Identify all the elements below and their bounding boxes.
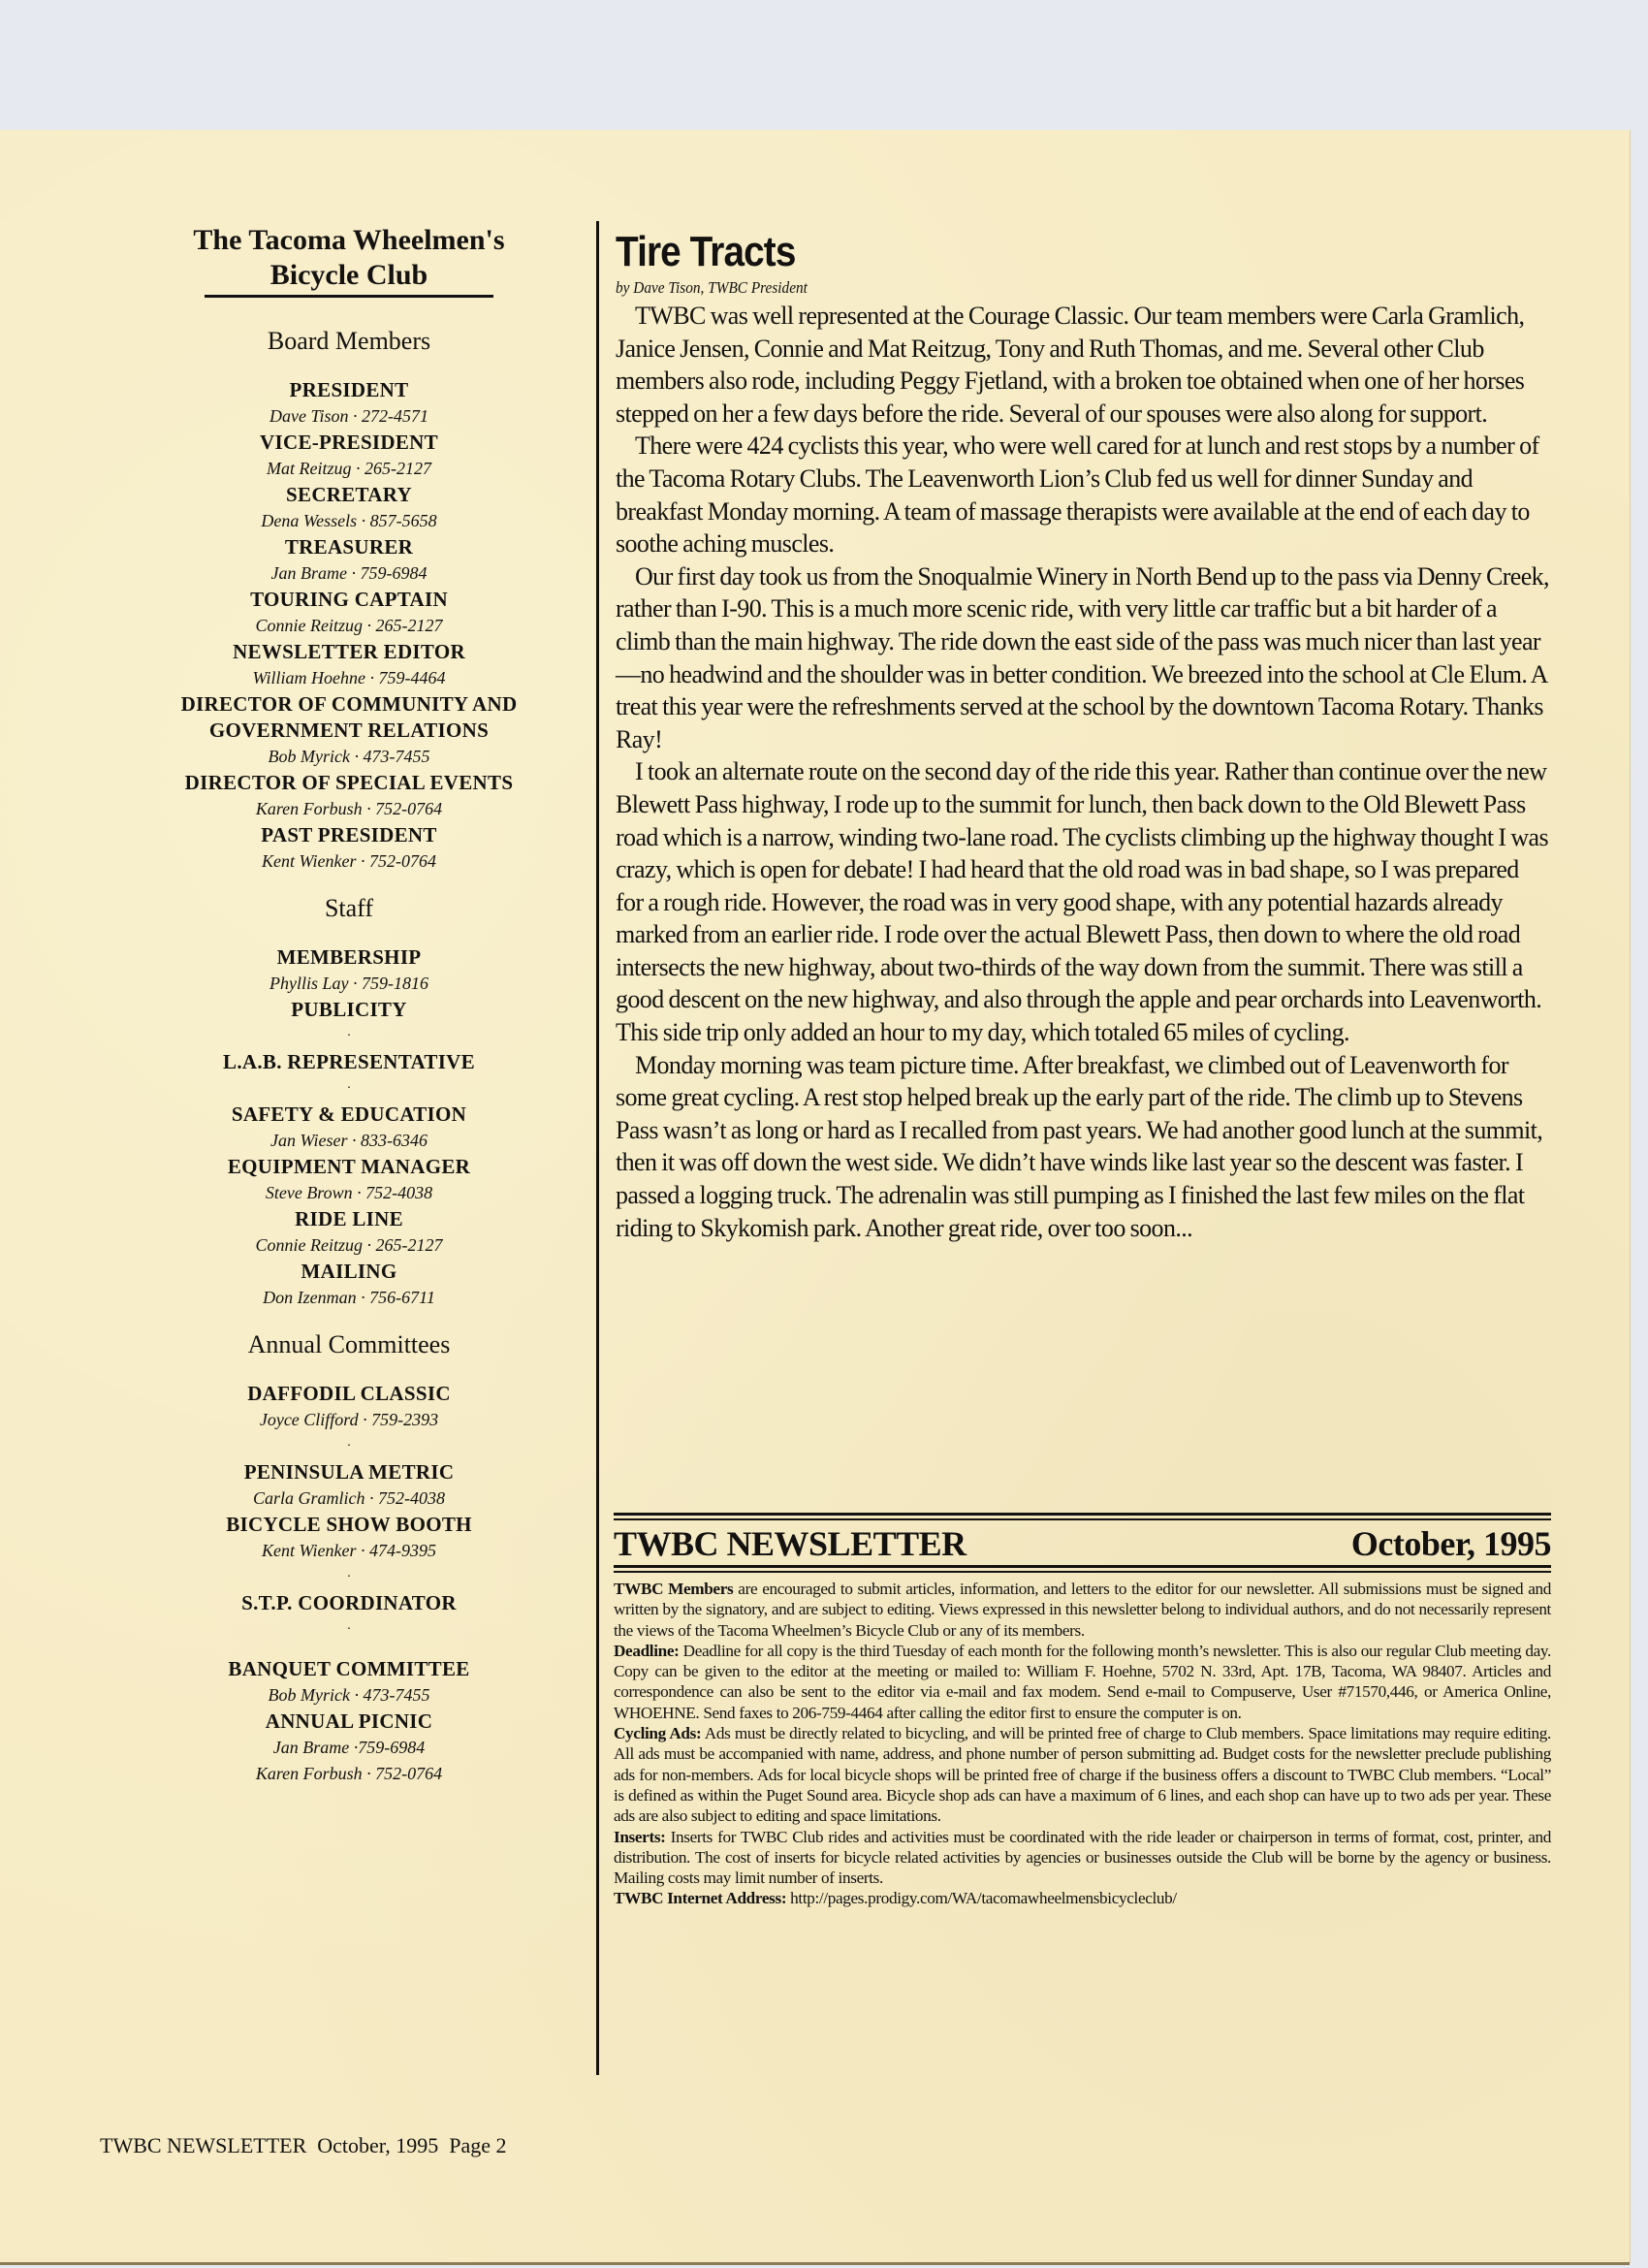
page-edge-shadow: [0, 2262, 1630, 2265]
role-treasurer: TREASURER: [145, 534, 553, 560]
role-newsletter-editor: NEWSLETTER EDITOR: [145, 639, 553, 665]
role-equipment-manager: EQUIPMENT MANAGER: [145, 1154, 553, 1180]
person-safety-education: Jan Wieser · 833-6346: [145, 1128, 553, 1154]
club-directory-sidebar: The Tacoma Wheelmen's Bicycle Club Board…: [145, 223, 553, 1787]
article-body: TWBC was well represented at the Courage…: [616, 300, 1551, 1244]
person-annual-picnic-1: Jan Brame ·759-6984: [145, 1735, 553, 1761]
annual-committees-list: DAFFODIL CLASSIC Joyce Clifford · 759-23…: [145, 1381, 553, 1787]
page-footer: TWBC NEWSLETTER October, 1995 Page 2: [100, 2133, 506, 2158]
role-safety-education: SAFETY & EDUCATION: [145, 1102, 553, 1128]
info-lead: TWBC Internet Address:: [614, 1889, 786, 1907]
role-president: PRESIDENT: [145, 377, 553, 403]
banner-top-rule: [614, 1513, 1551, 1520]
separator-dot: ·: [145, 1564, 553, 1590]
role-ride-line: RIDE LINE: [145, 1206, 553, 1232]
role-director-community: DIRECTOR OF COMMUNITY AND: [145, 691, 553, 718]
person-daffodil-classic: Joyce Clifford · 759-2393: [145, 1407, 553, 1433]
board-members-list: PRESIDENT Dave Tison · 272-4571 VICE-PRE…: [145, 377, 553, 875]
article-paragraph: There were 424 cyclists this year, who w…: [616, 430, 1551, 559]
banner-issue-date: October, 1995: [1351, 1524, 1551, 1563]
separator-dot: ·: [145, 1433, 553, 1459]
club-title-line2: Bicycle Club: [145, 258, 553, 293]
article-paragraph: Our first day took us from the Snoqualmi…: [616, 560, 1551, 756]
role-banquet-committee: BANQUET COMMITTEE: [145, 1656, 553, 1682]
banner-masthead: TWBC NEWSLETTER October, 1995: [614, 1520, 1551, 1565]
person-past-president: Kent Wienker · 752-0764: [145, 848, 553, 875]
person-treasurer: Jan Brame · 759-6984: [145, 560, 553, 587]
role-secretary: SECRETARY: [145, 482, 553, 508]
info-text: are encouraged to submit articles, infor…: [614, 1580, 1551, 1640]
person-membership: Phyllis Lay · 759-1816: [145, 971, 553, 997]
role-vice-president: VICE-PRESIDENT: [145, 430, 553, 456]
role-annual-picnic: ANNUAL PICNIC: [145, 1709, 553, 1735]
internet-address-link[interactable]: http://pages.prodigy.com/WA/tacomawheelm…: [786, 1889, 1177, 1907]
club-title-line1: The Tacoma Wheelmen's: [145, 223, 553, 258]
person-touring-captain: Connie Reitzug · 265-2127: [145, 613, 553, 639]
person-ride-line: Connie Reitzug · 265-2127: [145, 1232, 553, 1259]
role-lab-representative: L.A.B. REPRESENTATIVE: [145, 1049, 553, 1075]
role-membership: MEMBERSHIP: [145, 944, 553, 971]
info-text: Deadline for all copy is the third Tuesd…: [614, 1642, 1551, 1722]
submission-guidelines: TWBC Members are encouraged to submit ar…: [614, 1579, 1551, 1909]
role-stp-coordinator: S.T.P. COORDINATOR: [145, 1590, 553, 1616]
role-past-president: PAST PRESIDENT: [145, 822, 553, 848]
vacant-marker-stp: ·: [145, 1616, 553, 1643]
article-paragraph: TWBC was well represented at the Courage…: [616, 300, 1551, 430]
info-lead: TWBC Members: [614, 1580, 733, 1598]
person-mailing: Don Izenman · 756-6711: [145, 1285, 553, 1311]
article-paragraph: I took an alternate route on the second …: [616, 755, 1551, 1048]
tire-tracts-article: Tire Tracts by Dave Tison, TWBC Presiden…: [616, 228, 1551, 1244]
staff-list: MEMBERSHIP Phyllis Lay · 759-1816 PUBLIC…: [145, 944, 553, 1311]
role-peninsula-metric: PENINSULA METRIC: [145, 1459, 553, 1485]
person-newsletter-editor: William Hoehne · 759-4464: [145, 665, 553, 691]
person-peninsula-metric: Carla Gramlich · 752-4038: [145, 1485, 553, 1512]
role-touring-captain: TOURING CAPTAIN: [145, 587, 553, 613]
role-director-special-events: DIRECTOR OF SPECIAL EVENTS: [145, 770, 553, 796]
person-equipment-manager: Steve Brown · 752-4038: [145, 1180, 553, 1206]
role-publicity: PUBLICITY: [145, 997, 553, 1023]
person-secretary: Dena Wessels · 857-5658: [145, 508, 553, 534]
info-members: TWBC Members are encouraged to submit ar…: [614, 1579, 1551, 1641]
person-vice-president: Mat Reitzug · 265-2127: [145, 456, 553, 482]
person-director-special-events: Karen Forbush · 752-0764: [145, 796, 553, 822]
newsletter-info-box: TWBC NEWSLETTER October, 1995 TWBC Membe…: [614, 1513, 1551, 1909]
role-daffodil-classic: DAFFODIL CLASSIC: [145, 1381, 553, 1407]
info-lead: Inserts:: [614, 1828, 666, 1846]
vacant-marker-publicity: ·: [145, 1023, 553, 1049]
person-annual-picnic-2: Karen Forbush · 752-0764: [145, 1761, 553, 1787]
person-director-community: Bob Myrick · 473-7455: [145, 744, 553, 770]
person-banquet-committee: Bob Myrick · 473-7455: [145, 1682, 553, 1709]
info-lead: Deadline:: [614, 1642, 680, 1660]
info-internet-address: TWBC Internet Address: http://pages.prod…: [614, 1888, 1551, 1908]
info-text: Ads must be directly related to bicyclin…: [614, 1724, 1551, 1825]
annual-committees-heading: Annual Committees: [145, 1330, 553, 1359]
article-title: Tire Tracts: [616, 228, 1439, 276]
info-lead: Cycling Ads:: [614, 1724, 701, 1742]
staff-heading: Staff: [145, 894, 553, 923]
role-bicycle-show-booth: BICYCLE SHOW BOOTH: [145, 1512, 553, 1538]
info-inserts: Inserts: Inserts for TWBC Club rides and…: [614, 1827, 1551, 1889]
vacant-marker-lab: ·: [145, 1075, 553, 1102]
banner-bottom-rule: [614, 1565, 1551, 1573]
article-paragraph: Monday morning was team picture time. Af…: [616, 1049, 1551, 1245]
person-president: Dave Tison · 272-4571: [145, 403, 553, 430]
board-members-heading: Board Members: [145, 327, 553, 356]
info-cycling-ads: Cycling Ads: Ads must be directly relate…: [614, 1723, 1551, 1826]
info-text: Inserts for TWBC Club rides and activiti…: [614, 1828, 1551, 1888]
banner-newsletter-name: TWBC NEWSLETTER: [614, 1524, 967, 1563]
role-director-community-line2: GOVERNMENT RELATIONS: [145, 718, 553, 744]
article-byline: by Dave Tison, TWBC President: [616, 276, 1458, 300]
column-divider: [596, 221, 599, 2075]
info-deadline: Deadline: Deadline for all copy is the t…: [614, 1641, 1551, 1723]
role-mailing: MAILING: [145, 1259, 553, 1285]
person-bicycle-show-booth: Kent Wienker · 474-9395: [145, 1538, 553, 1564]
